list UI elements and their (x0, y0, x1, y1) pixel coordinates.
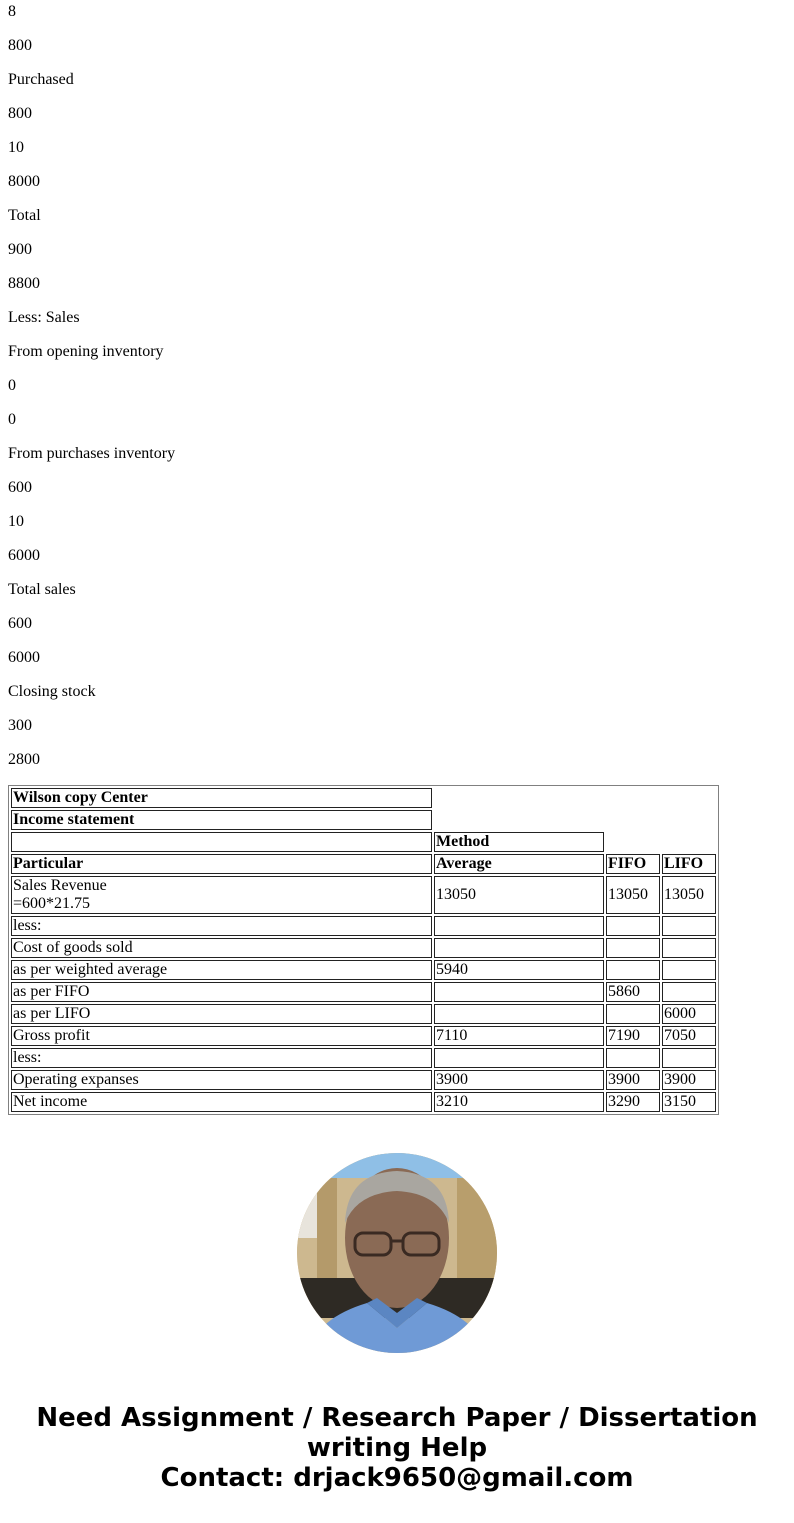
avatar (297, 1153, 497, 1353)
method-row: Method (11, 832, 716, 852)
table-row: less: (11, 1048, 716, 1068)
line: 8 (8, 0, 175, 34)
line: From opening inventory (8, 340, 175, 374)
line: 600 (8, 612, 175, 646)
line: 8000 (8, 170, 175, 204)
line: Total (8, 204, 175, 238)
line: Closing stock (8, 680, 175, 714)
header-row: Particular Average FIFO LIFO (11, 854, 716, 874)
table-row: Cost of goods sold (11, 938, 716, 958)
line: 6000 (8, 544, 175, 578)
line: 0 (8, 408, 175, 442)
income-statement-table: Wilson copy Center Income statement Meth… (8, 785, 719, 1115)
header-fifo: FIFO (606, 854, 660, 874)
line: 0 (8, 374, 175, 408)
table-row: as per weighted average 5940 (11, 960, 716, 980)
line: 600 (8, 476, 175, 510)
banner-line-1: Need Assignment / Research Paper / Disse… (0, 1403, 794, 1433)
header-average: Average (434, 854, 604, 874)
line: Purchased (8, 68, 175, 102)
line: 8800 (8, 272, 175, 306)
line: 300 (8, 714, 175, 748)
line: 900 (8, 238, 175, 272)
portrait-image (297, 1153, 497, 1353)
table-row: Gross profit 7110 7190 7050 (11, 1026, 716, 1046)
line: 6000 (8, 646, 175, 680)
table-row: as per FIFO 5860 (11, 982, 716, 1002)
contact-email: Contact: drjack9650@gmail.com (0, 1463, 794, 1493)
line: 800 (8, 102, 175, 136)
line: 10 (8, 510, 175, 544)
table-row: as per LIFO 6000 (11, 1004, 716, 1024)
title-row: Income statement (11, 810, 716, 830)
statement-title: Income statement (11, 810, 432, 830)
header-particular: Particular (11, 854, 432, 874)
table-row: less: (11, 916, 716, 936)
contact-banner: Need Assignment / Research Paper / Disse… (0, 1403, 794, 1493)
line: From purchases inventory (8, 442, 175, 476)
banner-line-2: writing Help (0, 1433, 794, 1463)
method-label: Method (434, 832, 604, 852)
company-row: Wilson copy Center (11, 788, 716, 808)
header-lifo: LIFO (662, 854, 716, 874)
table-row: Net income 3210 3290 3150 (11, 1092, 716, 1112)
line: Total sales (8, 578, 175, 612)
line: 2800 (8, 748, 175, 782)
line: 10 (8, 136, 175, 170)
row-label: Sales Revenue =600*21.75 (11, 876, 432, 914)
company-name: Wilson copy Center (11, 788, 432, 808)
line: Less: Sales (8, 306, 175, 340)
line: 800 (8, 34, 175, 68)
table-row: Sales Revenue =600*21.75 13050 13050 130… (11, 876, 716, 914)
table-row: Operating expanses 3900 3900 3900 (11, 1070, 716, 1090)
inventory-lines: 8 800 Purchased 800 10 8000 Total 900 88… (8, 0, 175, 782)
